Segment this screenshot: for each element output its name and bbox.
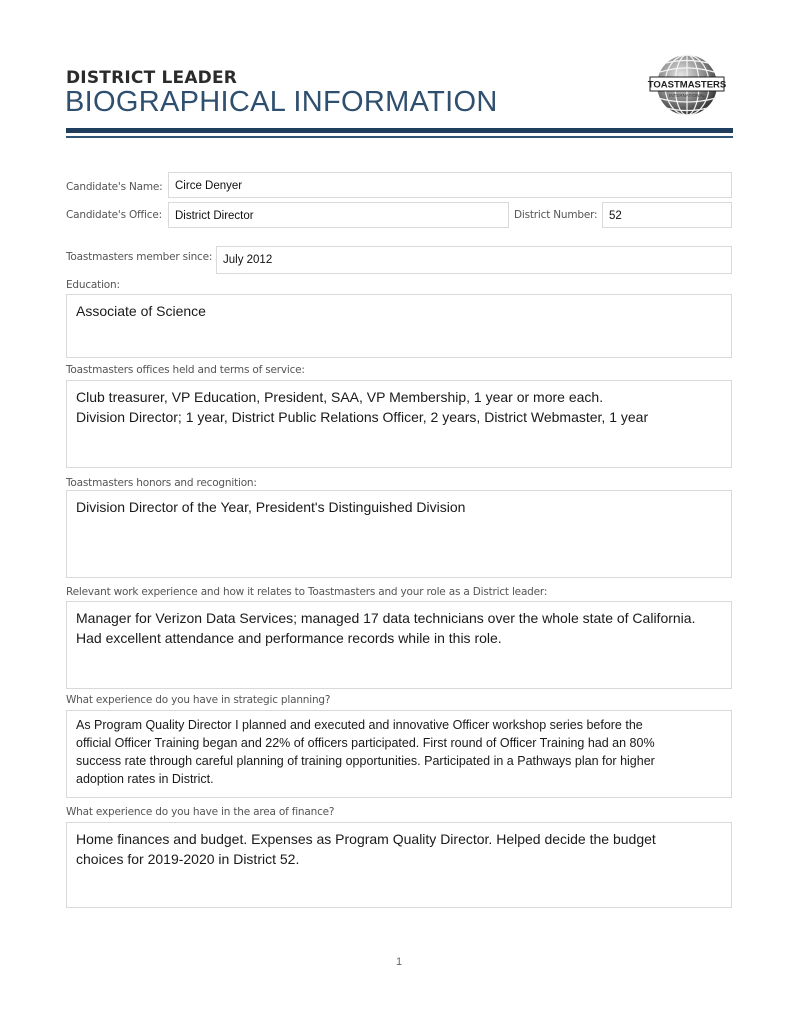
strategic-planning-line: adoption rates in District. [76,770,722,788]
district-number-label: District Number: [514,209,597,221]
work-experience-line: Had excellent attendance and performance… [76,628,722,648]
strategic-planning-line: As Program Quality Director I planned an… [76,716,722,734]
svg-text:TOASTMASTERS: TOASTMASTERS [648,80,726,91]
finance-label: What experience do you have in the area … [66,806,334,818]
honors-label: Toastmasters honors and recognition: [66,477,257,489]
finance-line: choices for 2019-2020 in District 52. [76,849,722,869]
education-label: Education: [66,279,120,291]
strategic-planning-line: official Officer Training began and 22% … [76,734,722,752]
honors-field[interactable]: Division Director of the Year, President… [66,490,732,578]
candidate-office-value: District Director [169,203,508,229]
work-experience-line: Manager for Verizon Data Services; manag… [76,608,722,628]
offices-held-line: Division Director; 1 year, District Publ… [76,407,722,427]
header-rule-thick [66,128,733,133]
toastmasters-globe-logo-icon: TOASTMASTERS INTERNATIONAL [644,50,730,120]
work-experience-label: Relevant work experience and how it rela… [66,586,547,598]
candidate-office-field[interactable]: District Director [168,202,509,228]
finance-line: Home finances and budget. Expenses as Pr… [76,829,722,849]
strategic-planning-field[interactable]: As Program Quality Director I planned an… [66,710,732,798]
svg-text:INTERNATIONAL: INTERNATIONAL [669,93,705,98]
header-title-small: DISTRICT LEADER [66,68,237,88]
offices-held-label: Toastmasters offices held and terms of s… [66,364,305,376]
finance-field[interactable]: Home finances and budget. Expenses as Pr… [66,822,732,908]
district-number-field[interactable]: 52 [602,202,732,228]
education-field[interactable]: Associate of Science [66,294,732,358]
finance-value: Home finances and budget. Expenses as Pr… [67,823,731,875]
offices-held-field[interactable]: Club treasurer, VP Education, President,… [66,380,732,468]
strategic-planning-value: As Program Quality Director I planned an… [67,711,731,793]
member-since-label: Toastmasters member since: [66,251,212,263]
work-experience-value: Manager for Verizon Data Services; manag… [67,602,731,654]
member-since-value: July 2012 [217,247,731,273]
header-title-large: BIOGRAPHICAL INFORMATION [65,86,498,119]
honors-value: Division Director of the Year, President… [67,491,731,523]
header-rule-thin [66,136,733,138]
candidate-office-label: Candidate's Office: [66,209,162,221]
member-since-field[interactable]: July 2012 [216,246,732,274]
work-experience-field[interactable]: Manager for Verizon Data Services; manag… [66,601,732,689]
district-number-value: 52 [603,203,731,229]
candidate-name-label: Candidate's Name: [66,181,163,193]
candidate-name-value: Circe Denyer [169,173,731,199]
page-number: 1 [396,956,402,968]
candidate-name-field[interactable]: Circe Denyer [168,172,732,198]
offices-held-value: Club treasurer, VP Education, President,… [67,381,731,433]
education-value: Associate of Science [67,295,731,327]
offices-held-line: Club treasurer, VP Education, President,… [76,387,722,407]
strategic-planning-label: What experience do you have in strategic… [66,694,330,706]
strategic-planning-line: success rate through careful planning of… [76,752,722,770]
